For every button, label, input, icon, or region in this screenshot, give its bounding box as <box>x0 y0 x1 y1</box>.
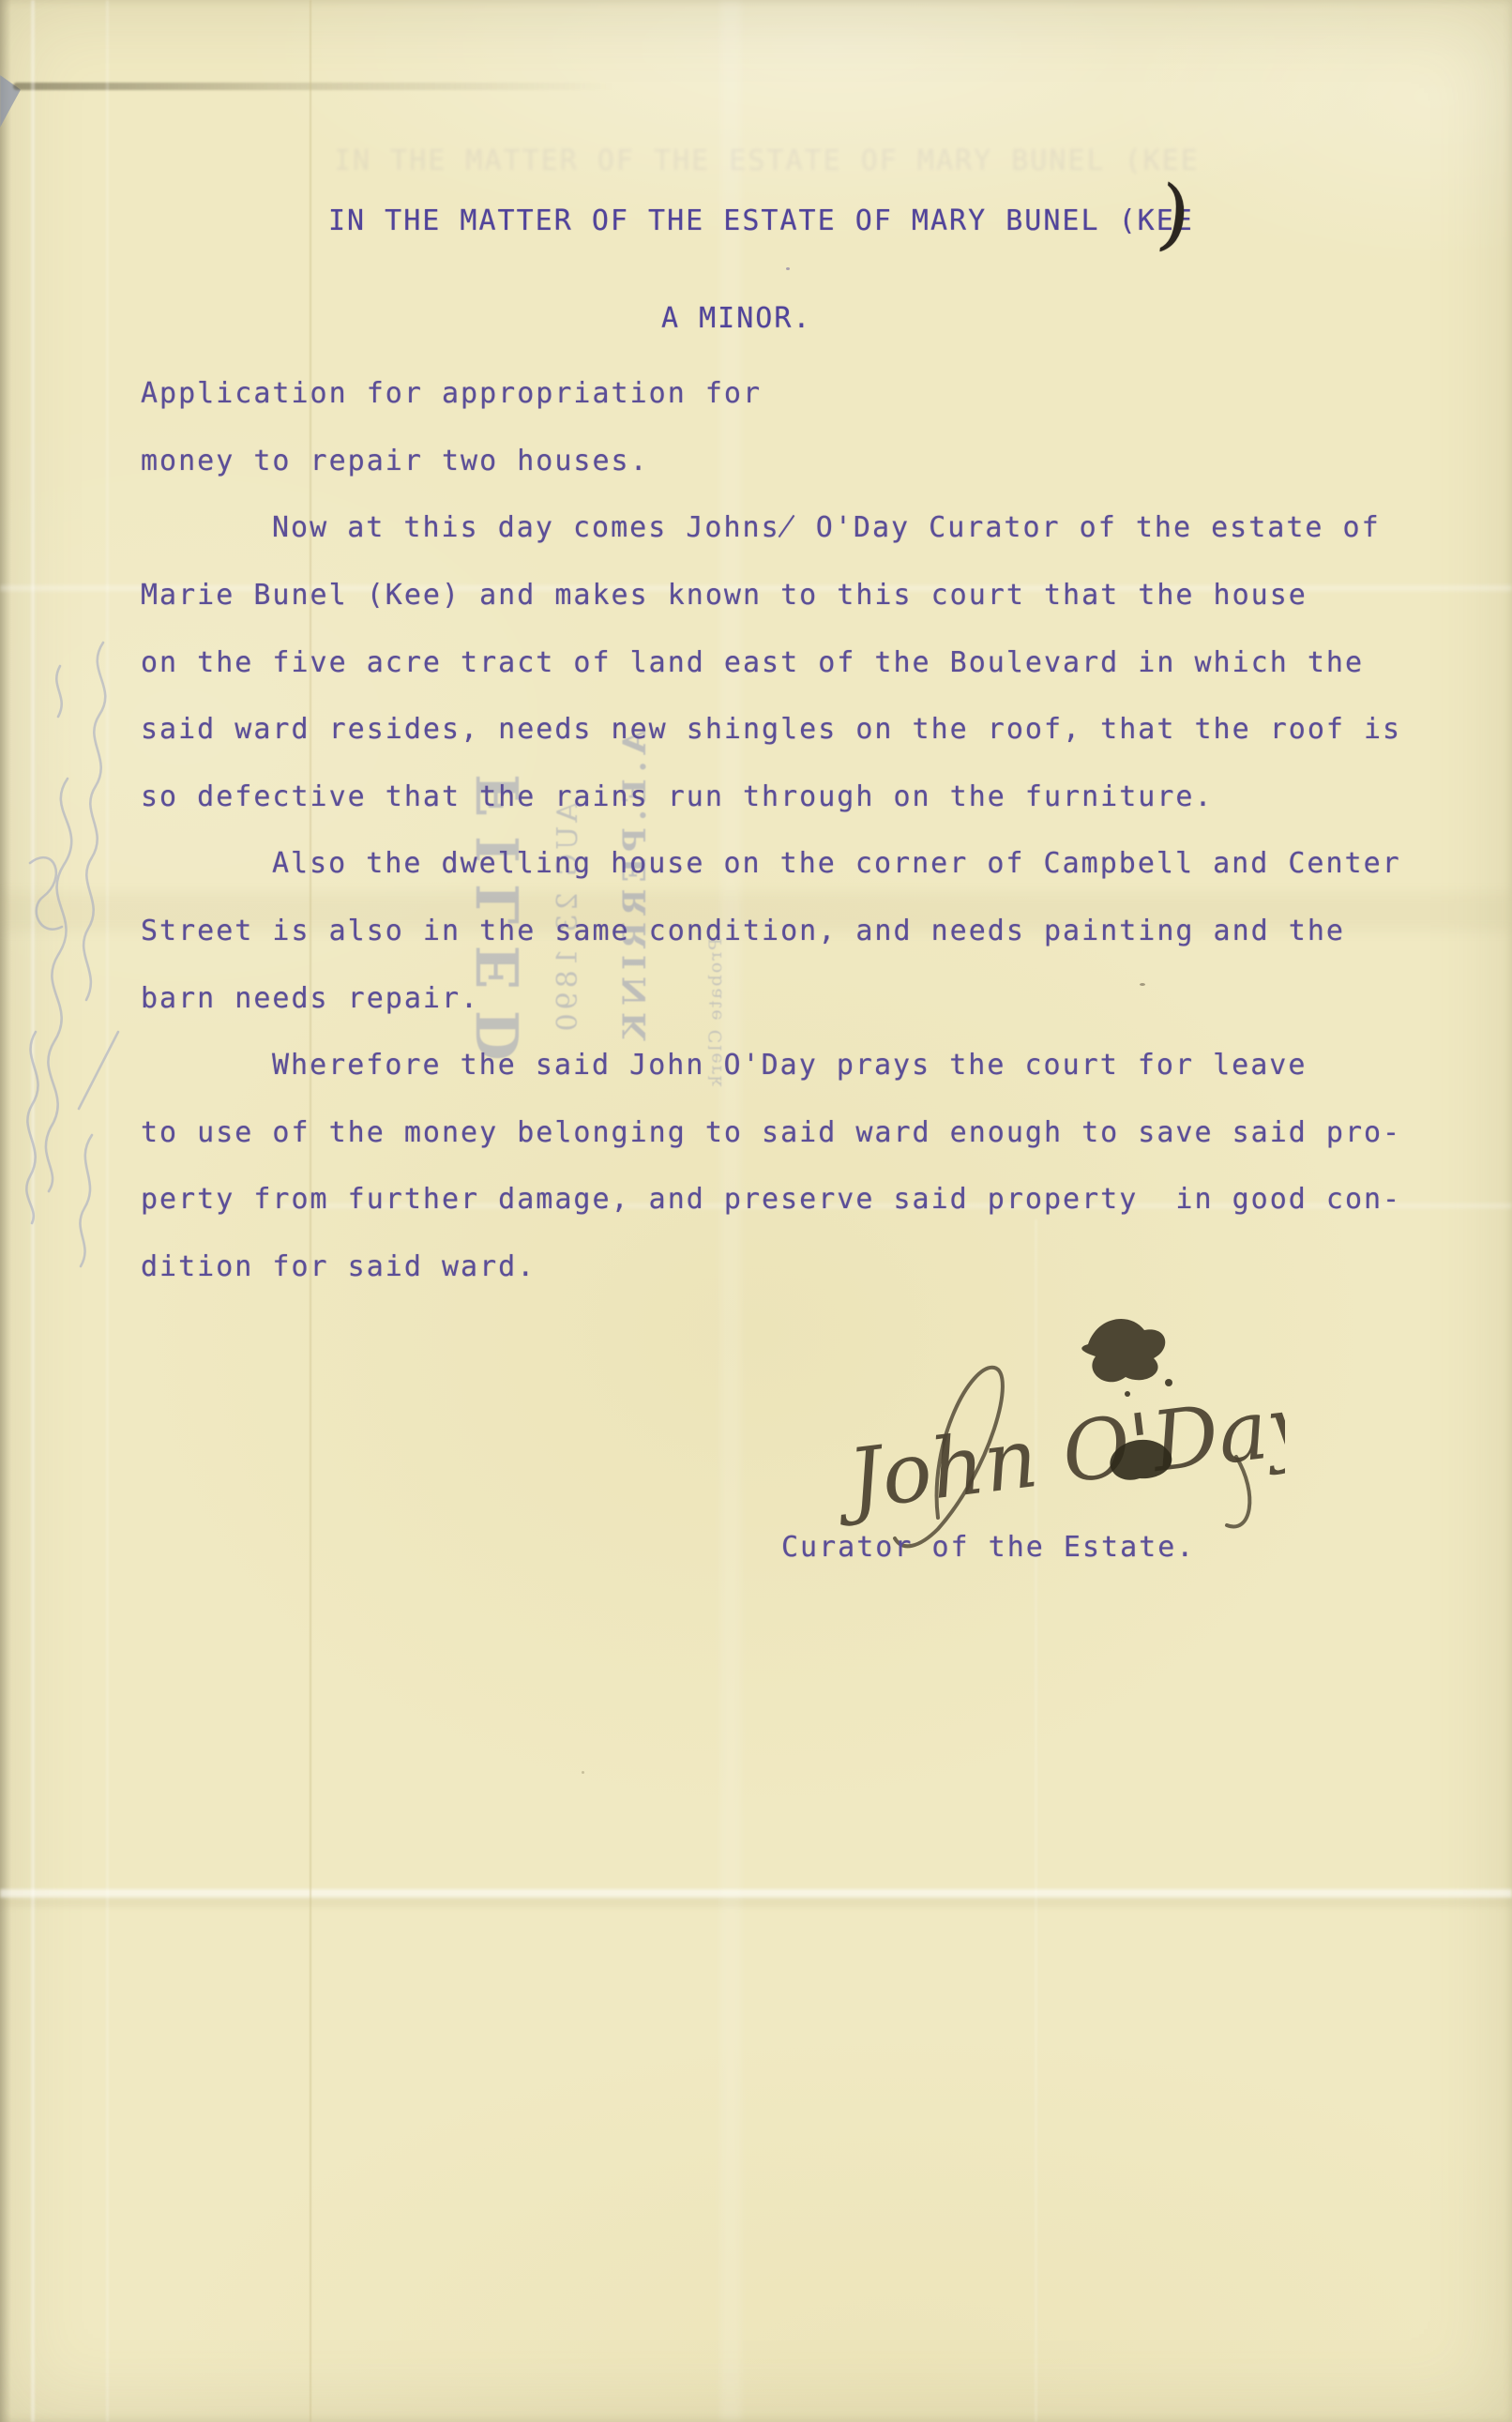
ink-blot <box>1110 1440 1172 1480</box>
signature-role-line: Curator of the Estate. <box>781 1531 1195 1564</box>
page-left-edge-shadow <box>0 0 11 2422</box>
typed-line: Application for appropriation for <box>141 360 1454 428</box>
ink-blot <box>1165 1379 1172 1386</box>
typed-line: to use of the money belonging to said wa… <box>141 1099 1454 1167</box>
crease <box>1035 1219 1037 2422</box>
document-page: FILED AUG 23 1890 A.E.PERRINK Probate Cl… <box>0 0 1512 2422</box>
typed-line: money to repair two houses. <box>141 428 1454 495</box>
document-subtitle: A MINOR. <box>661 302 812 335</box>
typed-line: perty from further damage, and preserve … <box>141 1166 1454 1234</box>
crease <box>13 83 613 90</box>
fold-line <box>0 1889 1512 1898</box>
signature-block: John O'Day <box>797 1293 1285 1568</box>
crease <box>106 0 109 2422</box>
typed-line: barn needs repair. <box>141 964 1454 1032</box>
crease <box>31 0 35 2422</box>
ink-speck <box>786 267 790 270</box>
ink-speck <box>582 1771 584 1774</box>
typed-line: Marie Bunel (Kee) and makes known to thi… <box>141 562 1454 629</box>
typed-body: Application for appropriation formoney t… <box>141 360 1454 1300</box>
typed-line: dition for said ward. <box>141 1234 1454 1301</box>
typed-line: Wherefore the said John O'Day prays the … <box>141 1032 1454 1099</box>
handwritten-paren: ) <box>1154 169 1196 261</box>
bleed-through-handwriting <box>8 628 148 1285</box>
signature-name: John O'Day <box>829 1375 1285 1530</box>
typed-line: Now at this day comes Johns̸ O'Day Curat… <box>141 494 1454 562</box>
ink-blot <box>1125 1391 1130 1397</box>
document-title: IN THE MATTER OF THE ESTATE OF MARY BUNE… <box>328 204 1194 237</box>
title-ghost-impression: IN THE MATTER OF THE ESTATE OF MARY BUNE… <box>334 144 1200 177</box>
typed-line: on the five acre tract of land east of t… <box>141 628 1454 696</box>
typed-line: Street is also in the same condition, an… <box>141 898 1454 965</box>
typed-line: said ward resides, needs new shingles on… <box>141 696 1454 764</box>
ink-blot <box>1081 1319 1165 1382</box>
corner-clip-mark <box>0 75 21 128</box>
typed-line: Also the dwelling house on the corner of… <box>141 830 1454 898</box>
fold-line-shadow <box>0 1898 1512 1907</box>
typed-line: so defective that the rains run through … <box>141 764 1454 831</box>
